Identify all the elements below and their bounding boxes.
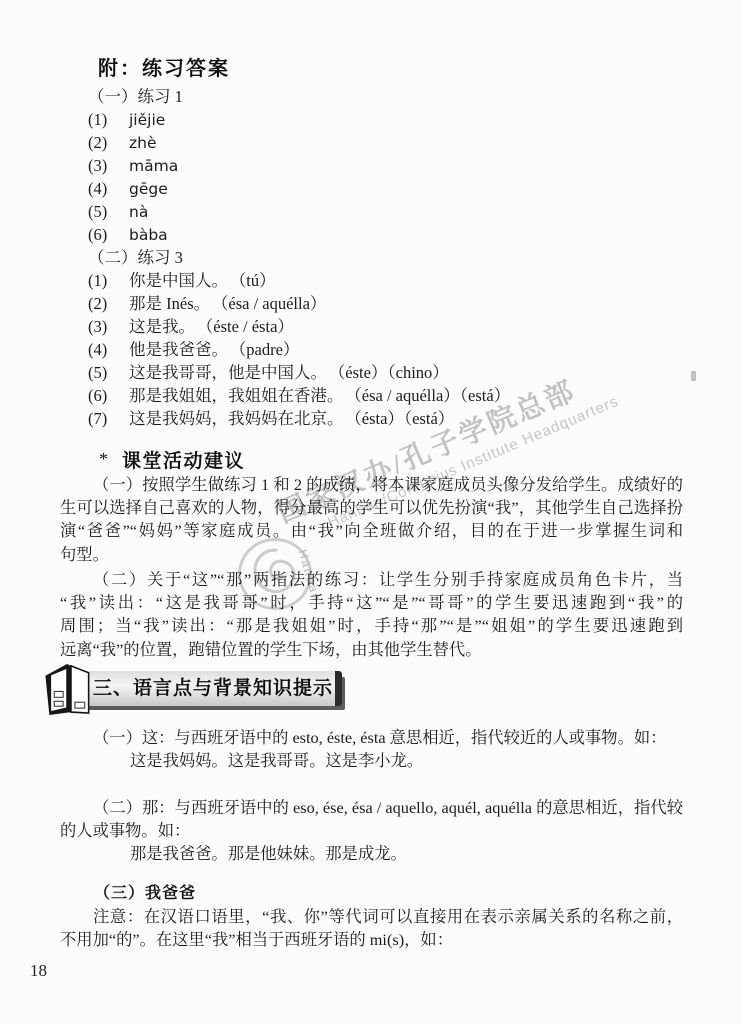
paragraph-line: 演“爸爸”“妈妈”等家庭成员。由“我”向全班做介绍，目的在于进一步掌握生词和 bbox=[60, 519, 683, 542]
row-number: (5) bbox=[88, 200, 129, 223]
answer-row: (5)这是我哥哥，他是中国人。（éste）（chino） bbox=[88, 361, 510, 384]
asterisk-marker: * bbox=[99, 449, 108, 470]
paragraph-line: 生可以选择自己喜欢的人物，得分最高的学生可以优先扮演“我”，其他学生自己选择扮 bbox=[60, 496, 683, 519]
chinese-sentence: 你是中国人。 bbox=[129, 271, 228, 290]
spanish-answer: （ésta）（está） bbox=[354, 409, 455, 428]
paragraph-line: （二）关于“这”“那”两指法的练习：让学生分别手持家庭成员角色卡片，当 bbox=[60, 568, 683, 591]
chinese-sentence: 他是我爸爸。 bbox=[129, 340, 228, 359]
content-layer: 附：练习答案 （一）练习 1 (1)jiějie (2)zhè (3)māma … bbox=[0, 0, 742, 1024]
open-book-icon bbox=[42, 661, 96, 716]
paragraph-line: 句型。 bbox=[60, 543, 683, 566]
spanish-answer: （tú） bbox=[238, 271, 276, 290]
answer-row: (3)这是我。（éste / ésta） bbox=[88, 315, 510, 338]
pinyin-text: zhè bbox=[129, 134, 157, 152]
answers-list: （一）练习 1 (1)jiějie (2)zhè (3)māma (4)gēge… bbox=[88, 85, 510, 430]
activity-paragraph-1: （一）按照学生做练习 1 和 2 的成绩，将本课家庭成员头像分发给学生。成绩好的… bbox=[60, 473, 683, 566]
row-number: (3) bbox=[88, 154, 129, 177]
row-number: (2) bbox=[88, 292, 129, 315]
paragraph-line: 注意：在汉语口语里，“我、你”等代词可以直接用在表示亲属关系的名称之前， bbox=[60, 905, 683, 928]
spanish-answer: （padre） bbox=[238, 340, 299, 359]
row-number: (5) bbox=[88, 361, 129, 384]
example-sentence: 这是我妈妈。这是我哥哥。这是李小龙。 bbox=[60, 749, 683, 773]
paragraph-line: 周围；当“我”读出：“那是我姐姐”时，手持“那”“是”“姐姐”的学生要迅速跑到 bbox=[60, 614, 683, 637]
row-number: (4) bbox=[88, 177, 129, 200]
paragraph-line: （一）按照学生做练习 1 和 2 的成绩，将本课家庭成员头像分发给学生。成绩好的… bbox=[60, 473, 683, 496]
answer-row: (1)jiějie bbox=[88, 108, 510, 131]
row-number: (4) bbox=[88, 338, 129, 361]
exercise3-label: （二）练习 3 bbox=[88, 246, 510, 269]
paragraph-line: （一）这：与西班牙语中的 esto, éste, ésta 意思相近，指代较近的… bbox=[60, 726, 683, 749]
answer-row: (5)nà bbox=[88, 200, 510, 223]
answers-title: 附：练习答案 bbox=[98, 52, 230, 81]
language-point-2: （二）那：与西班牙语中的 eso, ése, ésa / aquello, aq… bbox=[60, 796, 683, 866]
pinyin-text: nà bbox=[129, 203, 148, 221]
pinyin-text: gēge bbox=[129, 180, 168, 198]
exercise1-label: （一）练习 1 bbox=[88, 85, 510, 108]
chinese-sentence: 那是我姐姐，我姐姐在香港。 bbox=[129, 386, 344, 405]
chinese-sentence: 这是我妈妈，我妈妈在北京。 bbox=[129, 409, 344, 428]
pinyin-text: bàba bbox=[129, 226, 168, 244]
answer-row: (4)gēge bbox=[88, 177, 510, 200]
note-paragraph: 注意：在汉语口语里，“我、你”等代词可以直接用在表示亲属关系的名称之前， 不用加… bbox=[60, 905, 683, 951]
activity-heading: * 课堂活动建议 bbox=[99, 446, 245, 473]
row-number: (3) bbox=[88, 315, 129, 338]
language-point-1: （一）这：与西班牙语中的 esto, éste, ésta 意思相近，指代较近的… bbox=[60, 726, 683, 773]
row-number: (7) bbox=[88, 407, 129, 430]
answer-row: (6)那是我姐姐，我姐姐在香港。（ésa / aquélla）（está） bbox=[88, 384, 510, 407]
spanish-answer: （ésa / aquélla）（está） bbox=[354, 386, 511, 405]
paragraph-line: “我”读出：“这是我哥哥”时，手持“这”“是”“哥哥”的学生要迅速跑到“我”的 bbox=[60, 591, 683, 614]
page-number: 18 bbox=[30, 961, 47, 981]
answer-row: (3)māma bbox=[88, 154, 510, 177]
language-point-3-title: （三）我爸爸 bbox=[60, 880, 196, 903]
book-page: Hanban 国家汉办/孔子学院总部 Hanban/Confucius Inst… bbox=[0, 0, 742, 1024]
activity-title: 课堂活动建议 bbox=[122, 446, 245, 473]
chinese-sentence: 那是 Inés。 bbox=[129, 294, 210, 313]
row-number: (1) bbox=[88, 108, 129, 131]
paragraph-line: （二）那：与西班牙语中的 eso, ése, ésa / aquello, aq… bbox=[60, 796, 683, 819]
chinese-sentence: 这是我。 bbox=[129, 317, 195, 336]
activity-paragraph-2: （二）关于“这”“那”两指法的练习：让学生分别手持家庭成员角色卡片，当 “我”读… bbox=[60, 568, 683, 661]
section-banner: 三、语言点与背景知识提示 bbox=[75, 671, 342, 706]
section-banner-title: 三、语言点与背景知识提示 bbox=[75, 671, 335, 706]
paragraph-line: 不用加“的”。在这里“我”相当于西班牙语的 mi(s)，如： bbox=[60, 928, 683, 951]
answer-row: (1)你是中国人。（tú） bbox=[88, 269, 510, 292]
paragraph-line: 的人或事物。如： bbox=[60, 819, 683, 842]
pinyin-text: jiějie bbox=[129, 111, 165, 129]
chinese-sentence: 这是我哥哥，他是中国人。 bbox=[129, 363, 327, 382]
answer-row: (4)他是我爸爸。（padre） bbox=[88, 338, 510, 361]
spanish-answer: （éste）（chino） bbox=[337, 363, 449, 382]
answer-row: (2)zhè bbox=[88, 131, 510, 154]
pinyin-text: māma bbox=[129, 157, 178, 175]
example-sentence: 那是我爸爸。那是他妹妹。那是成龙。 bbox=[60, 842, 683, 866]
answer-row: (6)bàba bbox=[88, 223, 510, 246]
answer-row: (7)这是我妈妈，我妈妈在北京。（ésta）（está） bbox=[88, 407, 510, 430]
row-number: (2) bbox=[88, 131, 129, 154]
spanish-answer: （ésa / aquélla） bbox=[220, 294, 326, 313]
paragraph-line: 远离“我”的位置，跑错位置的学生下场，由其他学生替代。 bbox=[60, 638, 683, 661]
spanish-answer: （éste / ésta） bbox=[205, 317, 294, 336]
row-number: (6) bbox=[88, 223, 129, 246]
row-number: (6) bbox=[88, 384, 129, 407]
row-number: (1) bbox=[88, 269, 129, 292]
answer-row: (2)那是 Inés。（ésa / aquélla） bbox=[88, 292, 510, 315]
